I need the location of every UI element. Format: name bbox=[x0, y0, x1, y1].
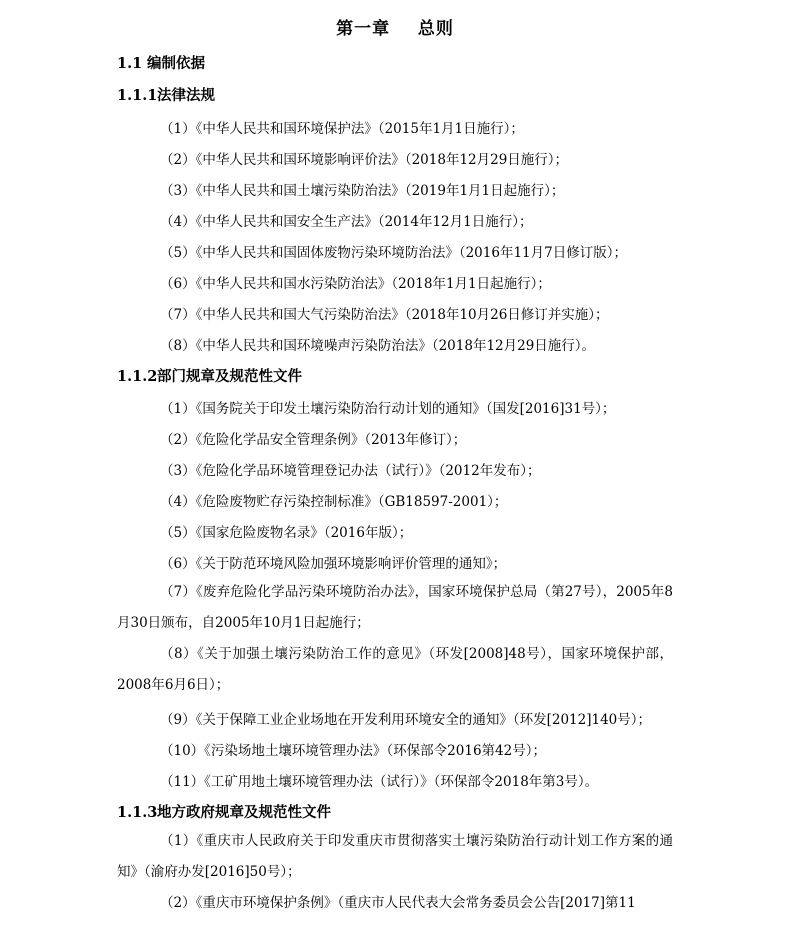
section-heading-1-1-2: 1.1.2部门规章及规范性文件 bbox=[117, 365, 302, 386]
list-item: （10）《污染场地土壤环境管理办法》（环保部令2016第42号）； bbox=[160, 739, 546, 759]
list-item: （6）《中华人民共和国水污染防治法》（2018年1月1日起施行）； bbox=[160, 272, 551, 292]
list-item: （11）《工矿用地土壤环境管理办法（试行）》（环保部令2018年第3号）。 bbox=[160, 770, 598, 790]
section-title: 部门规章及规范性文件 bbox=[157, 368, 302, 385]
list-item: （5）《中华人民共和国固体废物污染环境防治法》（2016年11月7日修订版）； bbox=[160, 241, 627, 261]
section-heading-1-1-1: 1.1.1法律法规 bbox=[117, 84, 215, 105]
section-number: 1.1.3 bbox=[117, 804, 157, 821]
list-item: （6）《关于防范环境风险加强环境影响评价管理的通知》； bbox=[160, 552, 506, 572]
section-heading-1-1: 1.1编制依据 bbox=[117, 52, 205, 73]
list-item: （8）《关于加强土壤污染防治工作的意见》（环发[2008]48号），国家环境保护… bbox=[117, 639, 673, 701]
chapter-title: 第一章 总则 bbox=[0, 14, 790, 39]
list-item: （5）《国家危险废物名录》（2016年版）； bbox=[160, 521, 412, 541]
section-number: 1.1.2 bbox=[117, 368, 157, 385]
list-item: （1）《中华人民共和国环境保护法》（2015年1月1日施行）； bbox=[160, 117, 524, 137]
section-number: 1.1 bbox=[117, 55, 147, 72]
section-number: 1.1.1 bbox=[117, 87, 157, 104]
list-item: （7）《中华人民共和国大气污染防治法》（2018年10月26日修订并实施）； bbox=[160, 303, 609, 323]
list-item: （2）《中华人民共和国环境影响评价法》（2018年12月29日施行）； bbox=[160, 148, 568, 168]
list-item: （8）《中华人民共和国环境噪声污染防治法》（2018年12月29日施行）。 bbox=[160, 334, 595, 354]
list-item: （1）《重庆市人民政府关于印发重庆市贯彻落实土壤污染防治行动计划工作方案的通知》… bbox=[117, 826, 673, 888]
list-item: （4）《中华人民共和国安全生产法》（2014年12月1日施行）； bbox=[160, 210, 532, 230]
list-item: （4）《危险废物贮存污染控制标准》（GB18597-2001）； bbox=[160, 490, 507, 510]
document-page: 第一章 总则 1.1编制依据 1.1.1法律法规 （1）《中华人民共和国环境保护… bbox=[0, 0, 790, 935]
list-item: （2）《重庆市环境保护条例》（重庆市人民代表大会常务委员会公告[2017]第11 bbox=[117, 888, 673, 919]
section-heading-1-1-3: 1.1.3地方政府规章及规范性文件 bbox=[117, 801, 331, 822]
list-item: （3）《危险化学品环境管理登记办法（试行）》（2012年发布）； bbox=[160, 459, 540, 479]
list-item: （1）《国务院关于印发土壤污染防治行动计划的通知》（国发[2016]31号）； bbox=[160, 397, 615, 417]
section-title: 法律法规 bbox=[157, 87, 215, 104]
list-item: （9）《关于保障工业企业场地在开发利用环境安全的通知》（环发[2012]140号… bbox=[160, 708, 651, 728]
section-title: 编制依据 bbox=[147, 55, 205, 72]
list-item: （3）《中华人民共和国土壤污染防治法》（2019年1月1日起施行）； bbox=[160, 179, 564, 199]
list-item: （2）《危险化学品安全管理条例》（2013年修订）； bbox=[160, 428, 466, 448]
list-item: （7）《废弃危险化学品污染环境防治办法》，国家环境保护总局（第27号），2005… bbox=[117, 577, 673, 639]
section-title: 地方政府规章及规范性文件 bbox=[157, 804, 331, 821]
